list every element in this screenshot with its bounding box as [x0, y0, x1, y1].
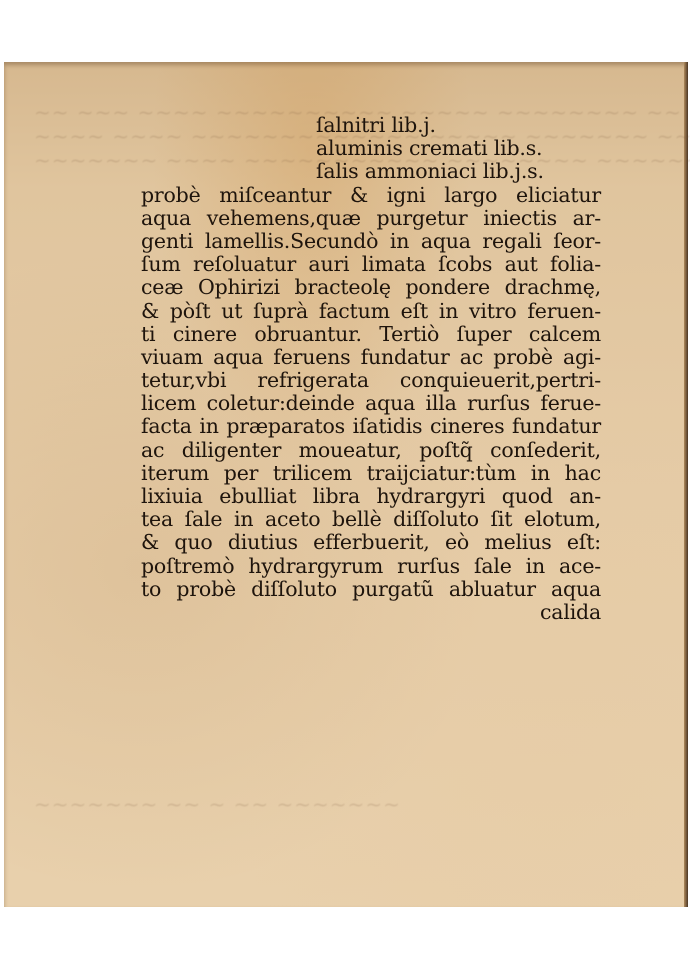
body-line: aqua vehemens,quæ purgetur iniectis ar-	[141, 207, 601, 230]
body-line: facta in præparatos iſatidis cineres fun…	[141, 415, 601, 438]
body-line: tetur,vbi refrigerata conquieuerit,pertr…	[141, 369, 601, 392]
body-line: genti lamellis.Secundò in aqua regali ſe…	[141, 230, 601, 253]
page-text-block: ſalnitri lib.j. aluminis cremati lib.s. …	[141, 114, 601, 624]
body-line: & quo diutius efferbuerit, eò melius eſt…	[141, 531, 601, 554]
body-line: to probè diſſoluto purgatũ abluatur aqua	[141, 578, 601, 601]
bleed-through-text: ~~~~~~~ ~~ ~ ~~ ~~~~~~~	[34, 792, 401, 816]
recipe-line: aluminis cremati lib.s.	[141, 137, 601, 160]
body-line: ceæ Ophirizi bracteolę pondere drachmę,	[141, 276, 601, 299]
body-line: tea ſale in aceto bellè diſſoluto ſit el…	[141, 508, 601, 531]
body-line: probè miſceantur & igni largo eliciatur	[141, 184, 601, 207]
catchword: calida	[141, 601, 601, 624]
body-line: lixiuia ebulliat libra hydrargyri quod a…	[141, 485, 601, 508]
body-line: & pòſt ut ſuprà factum eſt in vitro feru…	[141, 300, 601, 323]
body-line: ti cinere obruantur. Tertiò ſuper calcem	[141, 323, 601, 346]
body-line: licem coletur:deinde aqua illa rurſus fe…	[141, 392, 601, 415]
body-line: viuam aqua feruens fundatur ac probè agi…	[141, 346, 601, 369]
recipe-line: ſalis ammoniaci lib.j.s.	[141, 160, 601, 183]
body-line: ac diligenter moueatur, poſtq̃ conſederi…	[141, 439, 601, 462]
body-line: ſum reſoluatur auri limata ſcobs aut fol…	[141, 253, 601, 276]
book-page: ~~ ~~~ ~~~~ ~~~~~~~~~~ ~~~~~ ~~~~~~~~ ~~…	[4, 62, 688, 907]
body-line: poſtremò hydrargyrum rurſus ſale in ace-	[141, 555, 601, 578]
recipe-line: ſalnitri lib.j.	[141, 114, 601, 137]
body-line: iterum per trilicem traijciatur:tùm in h…	[141, 462, 601, 485]
page-spine-edge	[684, 62, 688, 907]
